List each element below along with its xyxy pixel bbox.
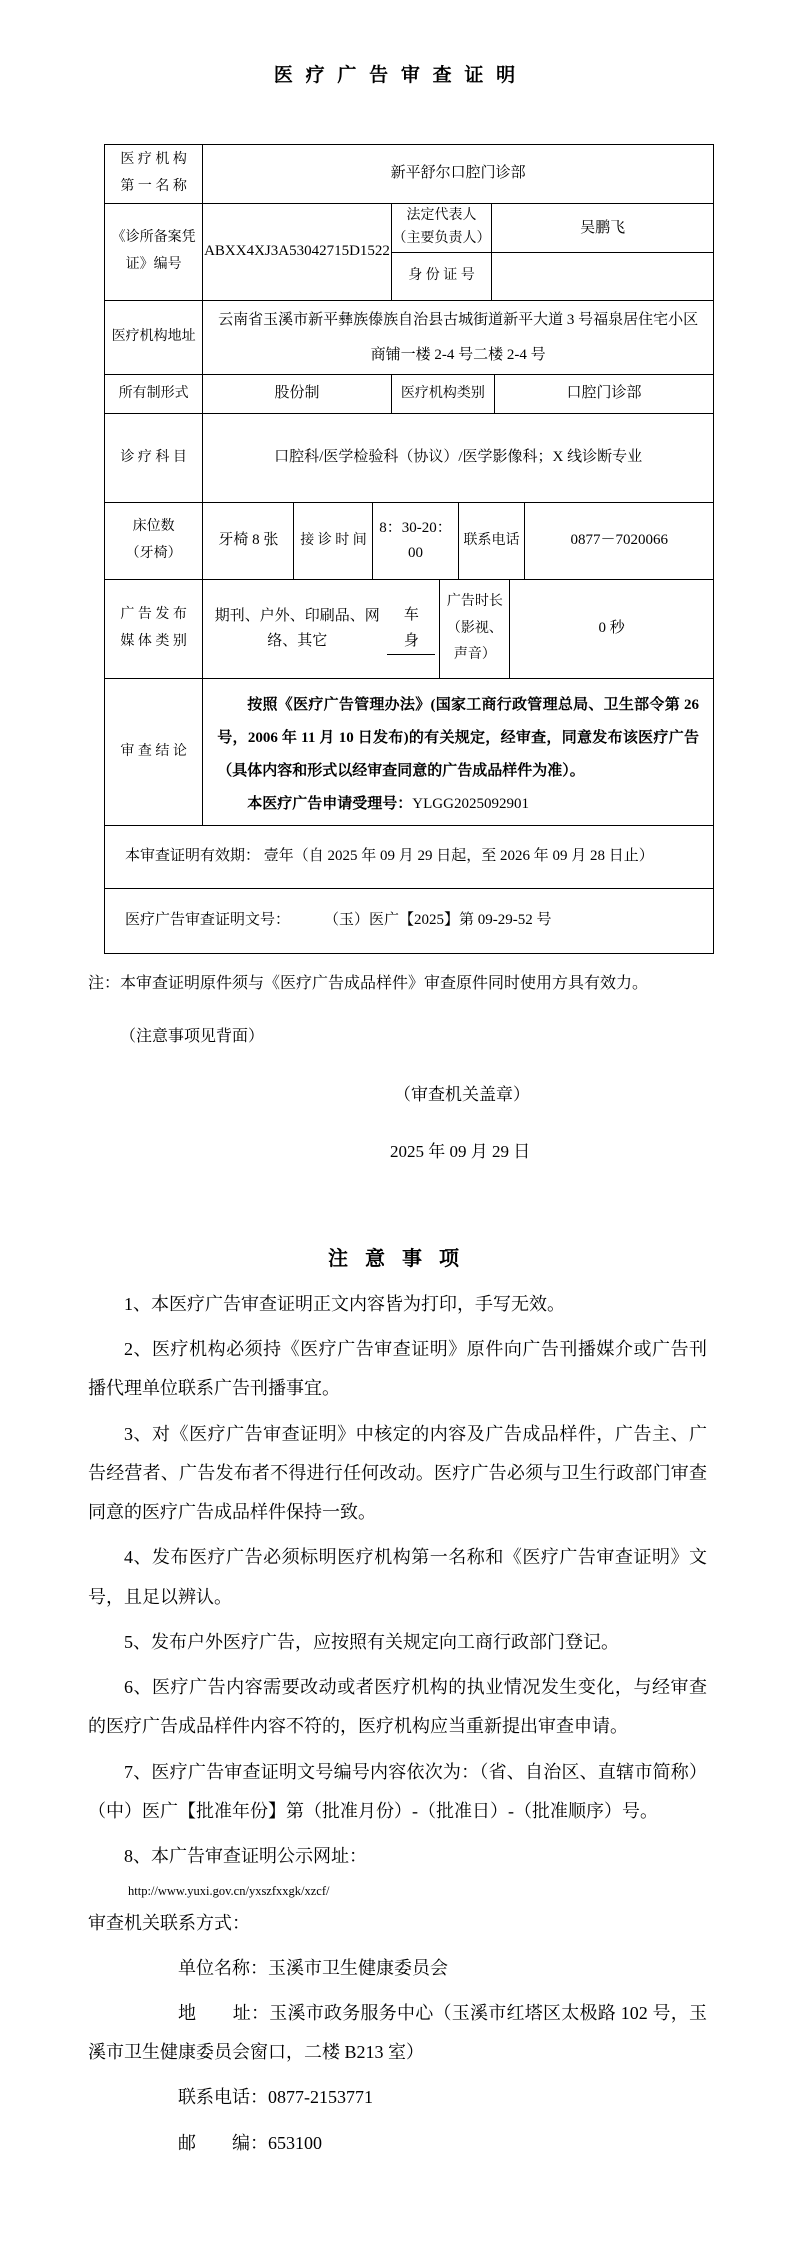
hours-value: 8：30-20：00 bbox=[372, 503, 457, 579]
validity-text: 本审查证明有效期： 壹年（自 2025 年 09 月 29 日起，至 2026 … bbox=[105, 826, 713, 888]
note-item-3: 3、对《医疗广告审查证明》中核定的内容及广告成品样件，广告主、广告经营者、广告发… bbox=[88, 1415, 707, 1533]
row-conclusion: 审 查 结 论 按照《医疗广告管理办法》(国家工商行政管理总局、卫生部令第 26… bbox=[105, 678, 713, 825]
id-number-value bbox=[492, 253, 713, 301]
seal-placeholder: （审查机关盖章） bbox=[394, 1080, 793, 1105]
contact-org-name: 单位名称：玉溪市卫生健康委员会 bbox=[88, 1949, 707, 1988]
notes-title: 注 意 事 项 bbox=[0, 1242, 793, 1271]
doc-number-label: 医疗广告审查证明文号： bbox=[125, 908, 290, 934]
category-label: 医疗机构类别 bbox=[391, 375, 494, 413]
media-value: 期刊、户外、印刷品、网络、其它车身 bbox=[202, 580, 439, 678]
contact-address: 地 址：玉溪市政务服务中心（玉溪市红塔区太极路 102 号，玉溪市卫生健康委员会… bbox=[88, 1994, 707, 2072]
record-no-label: 《诊所备案凭 证》编号 bbox=[105, 204, 202, 300]
notes-body: 1、本医疗广告审查证明正文内容皆为打印，手写无效。 2、医疗机构必须持《医疗广告… bbox=[88, 1285, 707, 2163]
note-item-8: 8、本广告审查证明公示网址： bbox=[88, 1837, 707, 1876]
record-no-value: ABXX4XJ3A53042715D1522 bbox=[202, 204, 390, 300]
issue-date: 2025 年 09 月 29 日 bbox=[390, 1137, 793, 1162]
doc-number-value: （玉）医广【2025】第 09-29-52 号 bbox=[324, 908, 552, 934]
ownership-value: 股份制 bbox=[202, 375, 390, 413]
note-item-6: 6、医疗广告内容需要改动或者医疗机构的执业情况发生变化，与经审查的医疗广告成品样… bbox=[88, 1668, 707, 1746]
usage-note: 注：本审查证明原件须与《医疗广告成品样件》审查原件同时使用方具有效力。 bbox=[88, 970, 793, 993]
legal-rep-value: 吴鹏飞 bbox=[492, 204, 713, 252]
see-back-note: （注意事项见背面） bbox=[120, 1023, 793, 1046]
departments-value: 口腔科/医学检验科（协议）/医学影像科；X 线诊断专业 bbox=[202, 414, 713, 502]
phone-label: 联系电话 bbox=[458, 503, 525, 579]
beds-value: 牙椅 8 张 bbox=[202, 503, 293, 579]
row-beds: 床位数 （牙椅） 牙椅 8 张 接 诊 时 间 8：30-20：00 联系电话 … bbox=[105, 502, 713, 579]
org-name-value: 新平舒尔口腔门诊部 bbox=[202, 145, 713, 203]
ownership-label: 所有制形式 bbox=[105, 375, 202, 413]
hours-label: 接 诊 时 间 bbox=[293, 503, 372, 579]
departments-label: 诊 疗 科 目 bbox=[105, 414, 202, 502]
row-departments: 诊 疗 科 目 口腔科/医学检验科（协议）/医学影像科；X 线诊断专业 bbox=[105, 413, 713, 502]
note-item-5: 5、发布户外医疗广告，应按照有关规定向工商行政部门登记。 bbox=[88, 1623, 707, 1662]
note-item-4: 4、发布医疗广告必须标明医疗机构第一名称和《医疗广告审查证明》文号，且足以辨认。 bbox=[88, 1538, 707, 1616]
duration-label: 广告时长 （影视、 声音） bbox=[439, 580, 509, 678]
address-value: 云南省玉溪市新平彝族傣族自治县古城街道新平大道 3 号福泉居住宅小区 商铺一楼 … bbox=[202, 301, 713, 374]
conclusion-label: 审 查 结 论 bbox=[105, 679, 202, 825]
note-item-1: 1、本医疗广告审查证明正文内容皆为打印，手写无效。 bbox=[88, 1285, 707, 1324]
public-notice-url: http://www.yuxi.gov.cn/yxszfxxgk/xzcf/ bbox=[128, 1880, 707, 1903]
phone-value: 0877－7020066 bbox=[524, 503, 712, 579]
address-label: 医疗机构地址 bbox=[105, 301, 202, 374]
row-doc-number: 医疗广告审查证明文号：（玉）医广【2025】第 09-29-52 号 bbox=[105, 888, 713, 953]
legal-rep-row: 法定代表人 （主要负责人） 吴鹏飞 bbox=[392, 204, 713, 252]
duration-value: 0 秒 bbox=[509, 580, 713, 678]
row-validity: 本审查证明有效期： 壹年（自 2025 年 09 月 29 日起，至 2026 … bbox=[105, 825, 713, 888]
id-number-label: 身 份 证 号 bbox=[392, 253, 493, 301]
acceptance-number-label: 本医疗广告申请受理号： bbox=[247, 796, 412, 812]
conclusion-content: 按照《医疗广告管理办法》(国家工商行政管理总局、卫生部令第 26 号，2006 … bbox=[202, 679, 713, 825]
conclusion-text: 按照《医疗广告管理办法》(国家工商行政管理总局、卫生部令第 26 号，2006 … bbox=[217, 689, 699, 788]
certificate-document: 医 疗 广 告 审 查 证 明 医 疗 机 构 第 一 名 称 新平舒尔口腔门诊… bbox=[0, 60, 793, 2163]
legal-rep-label: 法定代表人 （主要负责人） bbox=[392, 204, 493, 252]
beds-label: 床位数 （牙椅） bbox=[105, 503, 202, 579]
id-number-row: 身 份 证 号 bbox=[392, 252, 713, 301]
contact-phone: 联系电话：0877-2153771 bbox=[88, 2078, 707, 2117]
note-item-2: 2、医疗机构必须持《医疗广告审查证明》原件向广告刊播媒介或广告刊播代理单位联系广… bbox=[88, 1330, 707, 1408]
row-address: 医疗机构地址 云南省玉溪市新平彝族傣族自治县古城街道新平大道 3 号福泉居住宅小… bbox=[105, 300, 713, 374]
media-label: 广 告 发 布 媒 体 类 别 bbox=[105, 580, 202, 678]
contact-postcode: 邮 编：653100 bbox=[88, 2124, 707, 2163]
doc-number-line: 医疗广告审查证明文号：（玉）医广【2025】第 09-29-52 号 bbox=[105, 889, 713, 953]
row-ownership: 所有制形式 股份制 医疗机构类别 口腔门诊部 bbox=[105, 374, 713, 413]
legal-rep-group: 法定代表人 （主要负责人） 吴鹏飞 身 份 证 号 bbox=[391, 204, 713, 300]
row-record-no: 《诊所备案凭 证》编号 ABXX4XJ3A53042715D1522 法定代表人… bbox=[105, 203, 713, 300]
row-media: 广 告 发 布 媒 体 类 别 期刊、户外、印刷品、网络、其它车身 广告时长 （… bbox=[105, 579, 713, 678]
category-value: 口腔门诊部 bbox=[494, 375, 713, 413]
acceptance-number-line: 本医疗广告申请受理号：YLGG2025092901 bbox=[217, 788, 699, 821]
row-org-name: 医 疗 机 构 第 一 名 称 新平舒尔口腔门诊部 bbox=[105, 145, 713, 203]
contact-heading: 审查机关联系方式： bbox=[88, 1905, 707, 1943]
acceptance-number-value: YLGG2025092901 bbox=[412, 796, 529, 812]
org-name-label: 医 疗 机 构 第 一 名 称 bbox=[105, 145, 202, 203]
note-item-7: 7、医疗广告审查证明文号编号内容依次为：（省、自治区、直辖市简称）（中）医广【批… bbox=[88, 1753, 707, 1831]
certificate-table: 医 疗 机 构 第 一 名 称 新平舒尔口腔门诊部 《诊所备案凭 证》编号 AB… bbox=[104, 144, 714, 954]
page-title: 医 疗 广 告 审 查 证 明 bbox=[0, 60, 793, 87]
media-other-entry: 车身 bbox=[387, 603, 435, 655]
media-value-prefix: 期刊、户外、印刷品、网络、其它 bbox=[207, 604, 387, 655]
